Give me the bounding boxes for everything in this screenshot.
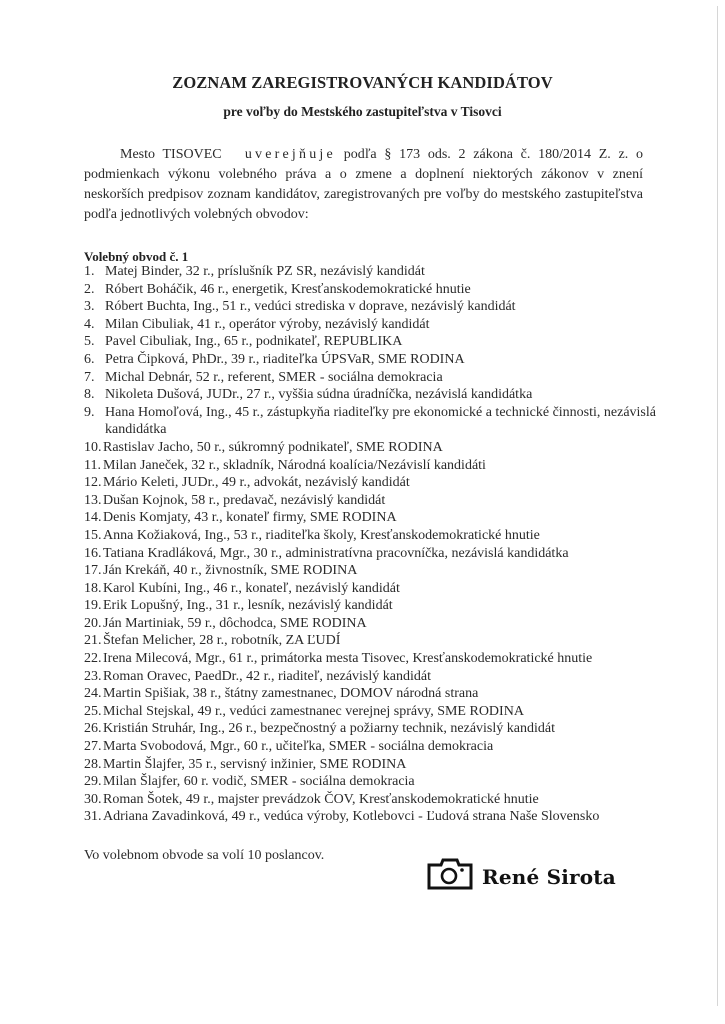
list-item-number: 13. — [84, 492, 103, 510]
list-item: 17.Ján Krekáň, 40 r., živnostník, SME RO… — [84, 562, 684, 580]
list-item-number: 17. — [84, 562, 103, 580]
page-edge-line — [717, 6, 718, 1006]
list-item-text: Hana Homoľová, Ing., 45 r., zástupkyňa r… — [105, 404, 665, 439]
list-item: 6.Petra Čipková, PhDr., 39 r., riaditeľk… — [84, 351, 684, 369]
list-item: 12.Mário Keleti, JUDr., 49 r., advokát, … — [84, 474, 684, 492]
list-item-number: 1. — [84, 263, 105, 281]
list-item: 4.Milan Cibuliak, 41 r., operátor výroby… — [84, 316, 684, 334]
list-item: 10.Rastislav Jacho, 50 r., súkromný podn… — [84, 439, 684, 457]
list-item-text: Róbert Boháčik, 46 r., energetik, Kresťa… — [105, 281, 665, 299]
list-item: 1.Matej Binder, 32 r., príslušník PZ SR,… — [84, 263, 684, 281]
list-item: 15.Anna Kožiaková, Ing., 53 r., riaditeľ… — [84, 527, 684, 545]
list-item-text: Martin Spišiak, 38 r., štátny zamestnane… — [103, 685, 663, 703]
list-item: 30.Roman Šotek, 49 r., majster prevádzok… — [84, 791, 684, 809]
list-item: 24.Martin Spišiak, 38 r., štátny zamestn… — [84, 685, 684, 703]
list-item: 27.Marta Svobodová, Mgr., 60 r., učiteľk… — [84, 738, 684, 756]
list-item: 2.Róbert Boháčik, 46 r., energetik, Kres… — [84, 281, 684, 299]
list-item-number: 23. — [84, 668, 103, 686]
list-item-number: 3. — [84, 298, 105, 316]
list-item: 9.Hana Homoľová, Ing., 45 r., zástupkyňa… — [84, 404, 684, 439]
list-item-number: 20. — [84, 615, 103, 633]
list-item-number: 10. — [84, 439, 103, 457]
list-item-number: 11. — [84, 457, 103, 475]
list-item-text: Marta Svobodová, Mgr., 60 r., učiteľka, … — [103, 738, 663, 756]
list-item-number: 9. — [84, 404, 105, 439]
list-item: 18.Karol Kubíni, Ing., 46 r., konateľ, n… — [84, 580, 684, 598]
list-item-number: 21. — [84, 632, 103, 650]
intro-part-2: uverejňuje — [245, 147, 336, 162]
list-item-text: Ján Martiniak, 59 r., dôchodca, SME RODI… — [103, 615, 663, 633]
watermark-name: René Sirota — [482, 865, 616, 889]
list-item: 26.Kristián Struhár, Ing., 26 r., bezpeč… — [84, 720, 684, 738]
list-item-number: 31. — [84, 808, 103, 826]
list-item: 21.Štefan Melicher, 28 r., robotník, ZA … — [84, 632, 684, 650]
list-item: 13.Dušan Kojnok, 58 r., predavač, nezávi… — [84, 492, 684, 510]
list-item-text: Pavel Cibuliak, Ing., 65 r., podnikateľ,… — [105, 333, 665, 351]
intro-part-1: Mesto TISOVEC — [120, 147, 222, 162]
list-item-number: 7. — [84, 369, 105, 387]
list-item-number: 25. — [84, 703, 103, 721]
list-item: 31.Adriana Zavadinková, 49 r., vedúca vý… — [84, 808, 684, 826]
list-item-number: 26. — [84, 720, 103, 738]
camera-icon — [426, 857, 474, 891]
list-item-number: 29. — [84, 773, 103, 791]
list-item-number: 8. — [84, 386, 105, 404]
list-item-number: 15. — [84, 527, 103, 545]
list-item-number: 27. — [84, 738, 103, 756]
list-item-text: Nikoleta Dušová, JUDr., 27 r., vyššia sú… — [105, 386, 665, 404]
list-item-number: 22. — [84, 650, 103, 668]
list-item-text: Erik Lopušný, Ing., 31 r., lesník, nezáv… — [103, 597, 663, 615]
list-item: 5.Pavel Cibuliak, Ing., 65 r., podnikate… — [84, 333, 684, 351]
list-item-text: Roman Šotek, 49 r., majster prevádzok ČO… — [103, 791, 663, 809]
list-item-number: 14. — [84, 509, 103, 527]
list-item: 14.Denis Komjaty, 43 r., konateľ firmy, … — [84, 509, 684, 527]
list-item: 23.Roman Oravec, PaedDr., 42 r., riadite… — [84, 668, 684, 686]
list-item: 22.Irena Milecová, Mgr., 61 r., primátor… — [84, 650, 684, 668]
list-item: 7.Michal Debnár, 52 r., referent, SMER -… — [84, 369, 684, 387]
intro-paragraph: Mesto TISOVEC uverejňuje podľa § 173 ods… — [84, 145, 643, 225]
list-item-number: 5. — [84, 333, 105, 351]
list-item: 16.Tatiana Kradláková, Mgr., 30 r., admi… — [84, 545, 684, 563]
document-title: ZOZNAM ZAREGISTROVANÝCH KANDIDÁTOV — [0, 73, 725, 93]
list-item-text: Petra Čipková, PhDr., 39 r., riaditeľka … — [105, 351, 665, 369]
list-item-number: 19. — [84, 597, 103, 615]
document-subtitle: pre voľby do Mestského zastupiteľstva v … — [0, 104, 725, 120]
list-item-text: Róbert Buchta, Ing., 51 r., vedúci stred… — [105, 298, 665, 316]
list-item-number: 30. — [84, 791, 103, 809]
list-item-text: Kristián Struhár, Ing., 26 r., bezpečnos… — [103, 720, 663, 738]
list-item: 28.Martin Šlajfer, 35 r., servisný inžin… — [84, 756, 684, 774]
list-item-text: Adriana Zavadinková, 49 r., vedúca výrob… — [103, 808, 663, 826]
list-item-text: Irena Milecová, Mgr., 61 r., primátorka … — [103, 650, 663, 668]
list-item-text: Martin Šlajfer, 35 r., servisný inžinier… — [103, 756, 663, 774]
list-item: 29.Milan Šlajfer, 60 r. vodič, SMER - so… — [84, 773, 684, 791]
list-item-text: Milan Šlajfer, 60 r. vodič, SMER - sociá… — [103, 773, 663, 791]
candidate-list: 1.Matej Binder, 32 r., príslušník PZ SR,… — [84, 263, 684, 826]
list-item-text: Denis Komjaty, 43 r., konateľ firmy, SME… — [103, 509, 663, 527]
list-item-text: Karol Kubíni, Ing., 46 r., konateľ, nezá… — [103, 580, 663, 598]
list-item-text: Matej Binder, 32 r., príslušník PZ SR, n… — [105, 263, 665, 281]
list-item-number: 12. — [84, 474, 103, 492]
list-item-text: Anna Kožiaková, Ing., 53 r., riaditeľka … — [103, 527, 663, 545]
list-item: 11.Milan Janeček, 32 r., skladník, Národ… — [84, 457, 684, 475]
watermark: René Sirota — [426, 857, 616, 891]
list-item: 8.Nikoleta Dušová, JUDr., 27 r., vyššia … — [84, 386, 684, 404]
list-item-text: Štefan Melicher, 28 r., robotník, ZA ĽUD… — [103, 632, 663, 650]
list-item-number: 16. — [84, 545, 103, 563]
list-item: 25.Michal Stejskal, 49 r., vedúci zamest… — [84, 703, 684, 721]
list-item-text: Michal Debnár, 52 r., referent, SMER - s… — [105, 369, 665, 387]
list-item-number: 24. — [84, 685, 103, 703]
list-item-text: Dušan Kojnok, 58 r., predavač, nezávislý… — [103, 492, 663, 510]
list-item-text: Tatiana Kradláková, Mgr., 30 r., adminis… — [103, 545, 663, 563]
list-item-text: Michal Stejskal, 49 r., vedúci zamestnan… — [103, 703, 663, 721]
list-item: 3.Róbert Buchta, Ing., 51 r., vedúci str… — [84, 298, 684, 316]
list-item: 20.Ján Martiniak, 59 r., dôchodca, SME R… — [84, 615, 684, 633]
list-item-number: 18. — [84, 580, 103, 598]
list-item-number: 2. — [84, 281, 105, 299]
list-item-text: Ján Krekáň, 40 r., živnostník, SME RODIN… — [103, 562, 663, 580]
list-item-text: Milan Janeček, 32 r., skladník, Národná … — [103, 457, 663, 475]
list-item-text: Roman Oravec, PaedDr., 42 r., riaditeľ, … — [103, 668, 663, 686]
list-item-text: Mário Keleti, JUDr., 49 r., advokát, nez… — [103, 474, 663, 492]
list-item-text: Rastislav Jacho, 50 r., súkromný podnika… — [103, 439, 663, 457]
list-item-text: Milan Cibuliak, 41 r., operátor výroby, … — [105, 316, 665, 334]
list-item: 19.Erik Lopušný, Ing., 31 r., lesník, ne… — [84, 597, 684, 615]
list-item-number: 6. — [84, 351, 105, 369]
list-item-number: 28. — [84, 756, 103, 774]
district-note: Vo volebnom obvode sa volí 10 poslancov. — [84, 848, 324, 864]
list-item-number: 4. — [84, 316, 105, 334]
